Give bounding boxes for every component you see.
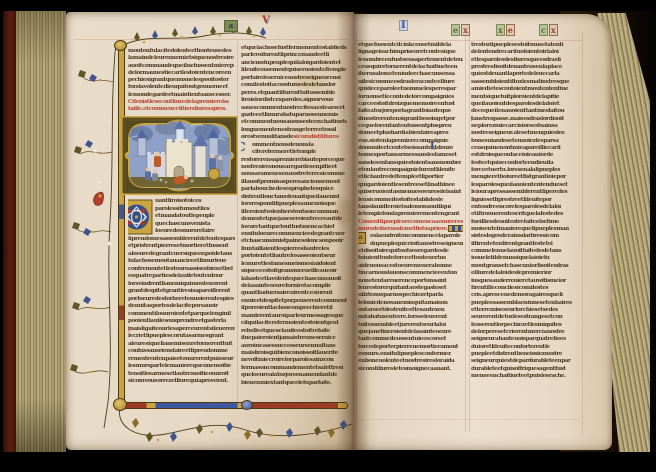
text-line: il firent et en firent grant feste tel (471, 241, 580, 248)
text-line: par la bouche de ses prophetes qui ce (241, 186, 347, 193)
text-line: es murs. ensi fu li pueples confermez (358, 351, 463, 358)
champ-initial: a (358, 232, 366, 244)
border-boss-middle (241, 400, 253, 410)
text-line: si que ce estoit grans merueille a ueoir (241, 268, 347, 275)
ivy-border-bottom (96, 406, 358, 450)
text-line: force de porter pierre ne mortier amont (358, 344, 463, 351)
paraph-mark: ¶ (471, 116, 472, 123)
text-line: tans trespasse. mais esdras lor disoit (471, 116, 580, 123)
text-line: feste et qui se conforte en dieu il a (471, 160, 580, 167)
photo-border-left (0, 0, 3, 472)
text-line: et que la chose fust fermement establie … (241, 45, 347, 52)
text-line: seurerent de toz les estranges et con (471, 314, 580, 321)
text-line: bones uiandes et enuoiez les pars a (471, 138, 580, 145)
text-line: longuement en estrange terre et essil (241, 127, 347, 134)
text-line: lor nons et le conte de lor compaignies (358, 94, 463, 101)
running-head-glyph: x (549, 24, 558, 36)
left-page: a V (66, 12, 354, 450)
text-line: mout en fu la cite dolente et honteuse d… (128, 48, 234, 55)
text-line: du pueple qui crioit a nostre seigneur (370, 241, 463, 248)
text-line: ont abatus en terre. lors se leuerent (358, 314, 463, 321)
text-line: le iour apres sassemblerent li pere des (471, 189, 580, 196)
text-line: et chascuns i mist paine solonc son pooi… (241, 238, 347, 245)
text-line: lors respondi li pueples a une uois que (241, 201, 347, 208)
manuscript-photo: a V (0, 0, 656, 472)
running-head-tile: a (224, 20, 238, 32)
text-line: de la sainte oeure fornir et acomplir (241, 283, 347, 290)
text-line: et comment nous auons este en chaitiuete (241, 119, 347, 126)
right-col1-lines: et que fussent cil cink cens et mil de l… (358, 42, 463, 373)
border-bar-vertical (118, 44, 125, 408)
text-line: el liure de la loi des le premier ior (471, 270, 580, 277)
text-line: confus sans riens faire et li preudomme (128, 348, 235, 356)
text-line: et en lautre compaignie furent li leuite (358, 167, 463, 174)
text-line: gastee et li mur abatu par nos ennemis (241, 112, 347, 119)
text-line: de lentendre car il uoloient oir la loi (471, 49, 580, 56)
text-line: par le roi furent li prince mande et li (241, 52, 347, 59)
text-line: est drois que on face ioie au ior de (471, 152, 580, 159)
paraph-mark: ¶ (128, 326, 130, 333)
text-line: cil qui la cite refermoient estoient gen… (241, 320, 347, 327)
text-line: il porroient la chose empeechier et il (241, 305, 347, 312)
text-line: ferma son commandement et sa lettre si (241, 365, 347, 372)
text-line: tuit ensemble et jurerent seur la loi (358, 322, 463, 329)
text-line: en bone uolente et nostre sires lor aida (358, 358, 463, 365)
initial-c: C (241, 140, 246, 154)
text-line: uile si comme esdras le raconte el liure (358, 79, 463, 86)
text-line: comment il ouuroient et par quel engin i… (128, 311, 235, 319)
text-line: leu si comme il estoit establi des le (358, 197, 463, 204)
text-line: lignage ioachim priseur et conte si que (358, 49, 463, 56)
running-head-glyph: e (506, 24, 515, 36)
ruling-line (469, 32, 470, 432)
photo-border-bottom (0, 452, 656, 472)
text-line: eus. si ot en la premiere compaignie (358, 138, 463, 145)
text-line: grant despit et grant ire si sapareiller… (128, 288, 235, 296)
text-line: seigneur a haute uois par quatre fiees (471, 336, 580, 343)
text-line: mais li gaiteour les aperceurent si leue… (128, 326, 235, 334)
ruling-line (358, 419, 580, 420)
text-line: et li chantre del temple et li portier (358, 174, 463, 181)
text-line: force et uertu. lors sen ala li pueples (471, 167, 580, 174)
text-line: saues comment nostre cites a este arse e… (241, 105, 347, 112)
text-line: cite refermer et le temple (252, 149, 347, 156)
text-line: qui de ce parole et nomme les peres par (358, 86, 463, 93)
text-line: le nombre en fust seus apertement de tou… (358, 57, 463, 64)
text-line: ensi fu loeure commenciee de grant cuer (241, 231, 347, 238)
text-line: contremont et les tours assises bien et … (128, 266, 235, 274)
text-line: lignies et li prestre et li leuite por (471, 197, 580, 204)
text-line: faite a toz jors por la grant loiaute qu… (358, 108, 463, 115)
text-line: la haste et la volente que chascuns auoi… (241, 276, 347, 283)
text-line: li preudome sassemblerent de toutes pars (128, 236, 235, 244)
text-line: enuie et despit et porpenserent comment (241, 298, 347, 305)
text-line: uant li rois ot oi ces (155, 198, 235, 206)
text-line: iherusalem et en iudee chascuns en sa (358, 71, 463, 78)
running-head-glyph: e (451, 24, 460, 36)
text-line: li leuite ensement qui seruoient el temp… (241, 67, 347, 74)
text-line: fesserent lor pechiez et les iniquites (471, 322, 580, 329)
gold-line-filler (448, 225, 463, 232)
paraph-mark: ¶ (358, 315, 359, 322)
photo-border-top (0, 0, 656, 11)
text-line: si com vous orrez el liure qui apres vie… (128, 378, 235, 386)
text-line: comme len ne lauoit faite des le tans (471, 248, 580, 255)
text-line: paroles si fu mout lies (155, 206, 235, 214)
text-line: peres. et quant il furent tuit assemble (241, 90, 347, 97)
text-line: auoit commande que il ne fussent mie rep… (128, 63, 234, 70)
text-line: remestrent en pais et ouurerent puis seu… (128, 356, 235, 364)
text-line: toi uient toute force et toute uertus (358, 255, 463, 262)
text-line: de ce que il en auoient tant mesfait ou (471, 108, 580, 115)
text-line: durablete et qui soffri que sa gent fust (471, 366, 580, 373)
text-line: taille. et commence li tiers liures apre… (128, 106, 234, 113)
text-line: loeure des murs refaire (155, 228, 235, 236)
text-line: dement et que ja ne seroient recreant de (241, 216, 347, 223)
text-line: il feroient volentiers tout son comman (241, 209, 347, 216)
text-line: seigneur qui est de pardurablete en par (471, 358, 580, 365)
running-head-pair: ex (451, 18, 470, 37)
text-line: la main de leur ennemi et si que nostre … (128, 55, 234, 62)
text-line: loeure tant que tout fust mene a chief (241, 224, 347, 231)
text-line: et il trouuerent escrit que la feste des (471, 211, 580, 218)
text-line: mois en tel maniere que li pueples man (471, 226, 580, 233)
right-page: I ex xe cx et que fussent cil cink cens … (354, 14, 612, 450)
text-line: a loeure de grant cuer si que en poi de … (128, 251, 235, 259)
left-col2: et que la chose fust fermement establie … (241, 45, 347, 387)
right-col1: et que fussent cil cink cens et mil de l… (358, 42, 463, 373)
running-head-letter: V (262, 15, 270, 26)
text-line: sist es loges de rains darbres si com (471, 233, 580, 240)
text-line: non et en ta reuerence por ton saint (358, 278, 463, 285)
text-line: le cri et li pueples corut as armes gran… (128, 333, 235, 341)
text-line: ne plorez mie car cis iors est sains a (471, 123, 580, 130)
text-line: dome et plus hardi a bien faire apres (358, 130, 463, 137)
text-line: lors vindrent li anemi qui mout en orent (128, 281, 235, 289)
text-line: pueples sassembla en iunes et en haires (471, 300, 580, 307)
text-line: mais li rois qui bien conoissoit la ueri… (241, 350, 347, 357)
text-line: firent il le concile si com il est es (471, 285, 580, 292)
text-line: aide nous a cest oeure mener a bonne (358, 263, 463, 270)
book-binding (3, 8, 16, 454)
ivy-border-left (70, 42, 120, 432)
text-line: por faire le seruice nostre seigneur ens… (241, 75, 347, 82)
text-line: or est venus li tans de si com dist li l… (241, 134, 347, 141)
text-line: nous a ramenes en nostre terre si comme (241, 171, 347, 178)
text-line: fin car nous lauons commenciee en ton (358, 270, 463, 277)
text-line: mengier et boiure et fist grant ioie por (471, 174, 580, 181)
text-line: li rois lor dist ces paroles. signor vou… (241, 97, 347, 104)
running-head-pair: cx (539, 18, 558, 37)
running-head-pair: xe (496, 18, 515, 37)
text-line: tans dauid le roi et salemon son fil qui (358, 204, 463, 211)
text-line: tant comme il eussent uie es cors et (358, 336, 463, 343)
text-line: de nuit as portes de la cite por sauoir (128, 303, 235, 311)
running-head-glyph: x (496, 24, 505, 36)
text-line: por loeure destorber et enuoierent espie… (128, 296, 235, 304)
text-line: fu la chose mout auanciee et li mur leue (128, 258, 235, 266)
text-line: fors la volente dieu qui tout gouuerne e… (128, 84, 234, 91)
text-line: ne volt mie croire lor paroles ainz con (241, 357, 347, 364)
text-line: que chascuns venist a (155, 221, 235, 229)
text-line: il lauoit promis as peres anciennement (241, 179, 347, 186)
text-line: cris. apres ce ne demora gaires que li (471, 292, 580, 299)
text-line: bien en miex tant que ele fu parfaite. (241, 380, 347, 387)
initial-l: L (430, 142, 436, 152)
text-line: et disoit sire qui tout ses regardes de (358, 248, 463, 255)
text-line: rebelle et que se la uile estoit refaite (241, 328, 347, 335)
ruling-line (465, 32, 466, 432)
text-line: et pristrent pierres et mortier et fusse… (128, 243, 235, 251)
text-line: qui gardoient les entrees et li nathinee (358, 182, 463, 189)
text-line: le temple fonda premierement en grant (358, 211, 463, 218)
ruling-line (356, 32, 357, 432)
text-line: si com li liures le tesmoigne ca auant. (358, 366, 463, 373)
text-line: que ja ne fineroient de la sainte oeure (358, 329, 463, 336)
text-line: Ci fenist le secont liure de la premiere… (128, 99, 234, 106)
miniature-city-building-scene (121, 116, 238, 195)
left-page-edges (16, 10, 66, 452)
text-line: il ne paieroient jamais treu ne seruice (241, 335, 347, 342)
text-line: et terre mise seur lor chies et se des (471, 307, 580, 314)
text-line: pechie si grant que nus ne les pooit ost… (128, 77, 234, 84)
text-line: ceus qui nen ont mie apareillie car il (471, 145, 580, 152)
right-col2-lines: trestoz li pueples estoit mus et atentid… (471, 42, 580, 381)
text-line: leu restorer qui tant a este gastes et (358, 285, 463, 292)
text-line: ceus qui retornerent de la chaitiuete en (358, 64, 463, 71)
text-line: sans les enfans qui estoient sans nombre (358, 160, 463, 167)
text-line: mout grans et chascun ior lisoit esdras (471, 263, 580, 270)
border-boss-corner (113, 398, 127, 411)
text-line: es quatre parties de la uile tout entour (128, 273, 235, 281)
text-line: les paroles que il auoient entendues et (471, 182, 580, 189)
text-line: nostre sires nous a regardes en pitie et (241, 164, 347, 171)
margin-grotesque-ornament (90, 190, 106, 208)
foliate-initial (128, 199, 153, 235)
text-line: les murs par tele maniere que une moitie (128, 363, 235, 371)
text-line: pueple et distrent beneissiez nostre (471, 351, 580, 358)
text-line: quant li aduersaire uirent ce si orent (241, 290, 347, 297)
text-line: pooient la uile sousprendre et gaster la (128, 318, 235, 326)
text-line: dous mile et cent et seissante et douze (358, 145, 463, 152)
text-line: et les paroles des liures que esdras li (471, 57, 580, 64)
text-line: restorer en sa premiere biaute por ce qu… (241, 157, 347, 164)
text-line: distrent lonc tans deuant que il auenist (241, 194, 347, 201)
text-line: omment nous deuons la (252, 142, 347, 149)
text-line: a miedi et escoutoient mout ententiue (471, 86, 580, 93)
right-col2: trestoz li pueples estoit mus et atentid… (471, 42, 580, 381)
ruling-line (237, 42, 238, 402)
text-line: entendre encore les paroles de la loi (471, 204, 580, 211)
running-head-glyph: x (461, 24, 470, 36)
text-line: le mur et les fames meismes i aidoient (241, 261, 347, 268)
text-line: iosue le fil de nun si que la ioie fu (471, 255, 580, 262)
text-line: manderent au roi par leur messages que (241, 313, 347, 320)
text-line: li un taillaient les pierres li autre le… (241, 246, 347, 253)
running-head-letter: I (399, 20, 408, 31)
text-line: et que fussent cil cink cens et mil de l… (358, 42, 463, 49)
text-line: ment si que tuit ploroient de la pitie (471, 94, 580, 101)
text-line: homes portans armes sans les fames et (358, 152, 463, 159)
text-line: de lor peres et crierent merci a nostre (471, 329, 580, 336)
left-col1-body: uant li rois ot oi cesparoles si fu mout… (128, 198, 235, 386)
border-bar-bottom (118, 402, 348, 409)
ruling-line (582, 32, 583, 436)
text-line: au roi ne a ses successeurs en nul tans (241, 343, 347, 350)
left-col1-top: mout en fu la cite dolente et honteuse d… (128, 48, 234, 114)
text-line: de lor mauuestie car il estoient encore … (128, 70, 234, 77)
text-line: sassembloient il toz les matins tresque (471, 79, 580, 86)
text-line: com il estoit acoustume des le tans lor (241, 82, 347, 89)
text-line: fueillies deuoit estre faite el setime (471, 219, 580, 226)
text-line: portoient et li autre les asseoient seur (241, 253, 347, 260)
text-line: car ce estoit droiz que memoire en fust (358, 101, 463, 108)
text-line: felonie de nos anemis qui ta maison (358, 300, 463, 307)
text-line: le monde garde et maintient sans cesser. (128, 92, 234, 99)
text-line: uilz tenus par nos pechiez et par la (358, 292, 463, 299)
text-line: nostre seigneur. ales et menguies les (471, 130, 580, 137)
text-line: aleure si que li anemi sen retornerent t… (128, 341, 235, 349)
text-line: qui seruoient as menues oeures del saint (358, 189, 463, 196)
text-line: trestoz li pueples estoit mus et atenti (471, 42, 580, 49)
text-line: il mostrerent en si grant besoing et por (358, 116, 463, 123)
text-line: que il auoient des paroles de la loi et (471, 101, 580, 108)
text-line: que loeure ala toz jors en amendant de (241, 372, 347, 379)
text-line: iusques au derrenier et au witisme ior (471, 278, 580, 285)
border-boss-top (114, 40, 127, 51)
text-line: tenoit les armes et lautre moitie ouuroi… (128, 371, 235, 379)
running-head-glyph: c (539, 24, 548, 36)
text-line: ont arse et destruite et tes autex en (358, 307, 463, 314)
left-col2-lines: et que la chose fust fermement establie … (241, 45, 347, 387)
text-line: es la endroit ou commence la parole (370, 233, 463, 240)
text-line: ce que lor enfant en fussent plus preu (358, 123, 463, 130)
text-line: menee en chaitiuete et puis les rache. (471, 373, 580, 380)
text-line: qui est deuant la porte de leue car la (471, 71, 580, 78)
text-line: et manda tout le peuple (155, 213, 235, 221)
text-line: prestres lisoit deuant eus en la place (471, 64, 580, 71)
text-line: anciens du peuple qui la loi gardoient e… (241, 60, 347, 67)
text-line: du ior et li leuite conforterent le (471, 344, 580, 351)
